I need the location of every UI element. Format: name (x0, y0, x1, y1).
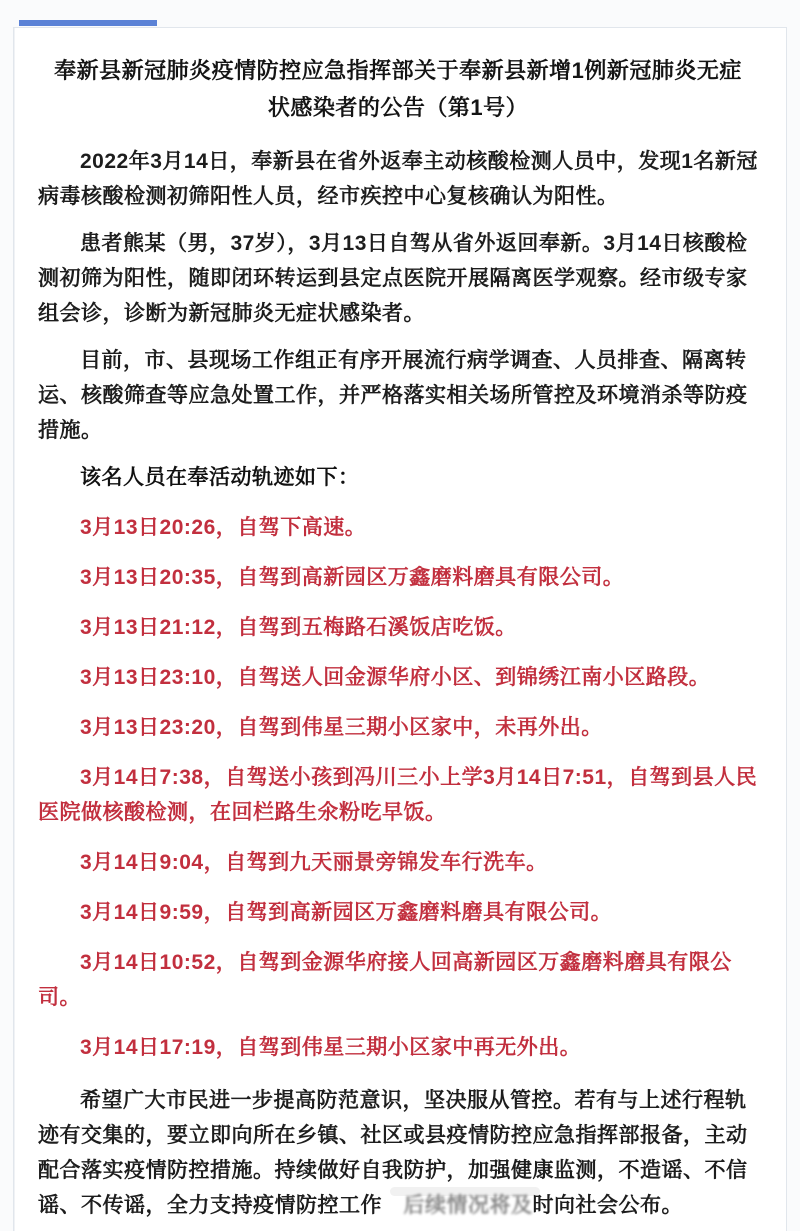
track-item-8: 3月14日9:59，自驾到高新园区万鑫磨料磨具有限公司。 (38, 895, 758, 930)
closing-text-tail: 时向社会公布。 (533, 1194, 684, 1217)
track-item-2: 3月13日20:35，自驾到高新园区万鑫磨料磨具有限公司。 (38, 560, 758, 595)
track-item-9: 3月14日10:52，自驾到金源华府接人回高新园区万鑫磨料磨具有限公司。 (38, 945, 758, 1015)
track-item-10: 3月14日17:19，自驾到伟星三期小区家中再无外出。 (38, 1030, 758, 1065)
track-heading: 该名人员在奉活动轨迹如下： (38, 460, 758, 495)
track-item-6: 3月14日7:38，自驾送小孩到冯川三小上学3月14日7:51，自驾到县人民医院… (38, 760, 758, 830)
track-item-4: 3月13日23:10，自驾送人回金源华府小区、到锦绣江南小区路段。 (38, 660, 758, 695)
notice-paragraph-1: 2022年3月14日，奉新县在省外返奉主动核酸检测人员中，发现1名新冠病毒核酸检… (38, 144, 758, 214)
track-item-1: 3月13日20:26，自驾下高速。 (38, 510, 758, 545)
notice-title: 奉新县新冠肺炎疫情防控应急指挥部关于奉新县新增1例新冠肺炎无症状感染者的公告（第… (46, 52, 750, 126)
track-item-7: 3月14日9:04，自驾到九天丽景旁锦发车行洗车。 (38, 845, 758, 880)
closing-paragraph: 希望广大市民进一步提高防范意识，坚决服从管控。若有与上述行程轨迹有交集的，要立即… (38, 1083, 758, 1223)
watermark-smudge (390, 1187, 540, 1196)
notice-paragraph-3: 目前，市、县现场工作组正有序开展流行病学调查、人员排查、隔离转运、核酸筛查等应急… (38, 343, 758, 448)
track-item-3: 3月13日21:12，自驾到五梅路石溪饭店吃饭。 (38, 610, 758, 645)
announcement-page: 奉新县新冠肺炎疫情防控应急指挥部关于奉新县新增1例新冠肺炎无症状感染者的公告（第… (0, 0, 800, 1231)
closing-smudged-text: 后续情况将及 (404, 1194, 533, 1217)
track-item-5: 3月13日23:20，自驾到伟星三期小区家中，未再外出。 (38, 710, 758, 745)
notice-paragraph-2: 患者熊某（男，37岁），3月13日自驾从省外返回奉新。3月14日核酸检测初筛为阳… (38, 226, 758, 331)
notice-card: 奉新县新冠肺炎疫情防控应急指挥部关于奉新县新增1例新冠肺炎无症状感染者的公告（第… (13, 27, 787, 1231)
top-accent-bar (19, 20, 157, 26)
